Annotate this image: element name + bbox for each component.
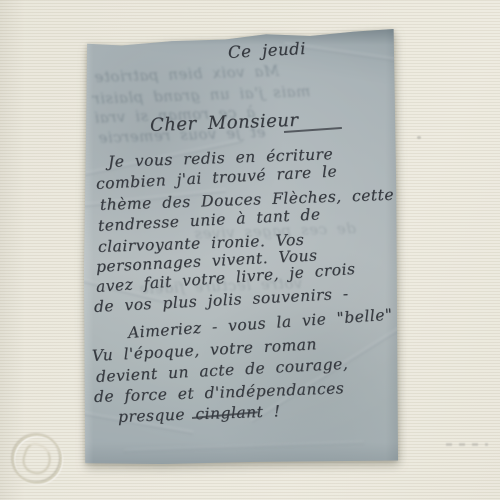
letter-salutation: Cher Monsieur — [150, 110, 299, 136]
photo-background: Ma voix bien patriote mais j'ai un grand… — [0, 0, 500, 500]
letter-line: presque cinglant ! — [118, 402, 281, 426]
paper-crease — [124, 441, 364, 452]
ink-bleedthrough-line: mais j'ai un grand plaisir — [92, 82, 311, 108]
letter-paper: Ma voix bien patriote mais j'ai un grand… — [84, 29, 398, 464]
paper-shadow-wrap: Ma voix bien patriote mais j'ai un grand… — [0, 0, 500, 500]
letter-date-line: Ce jeudi — [228, 39, 307, 62]
ink-bleedthrough-line: Ma voix bien patriote — [94, 62, 280, 86]
